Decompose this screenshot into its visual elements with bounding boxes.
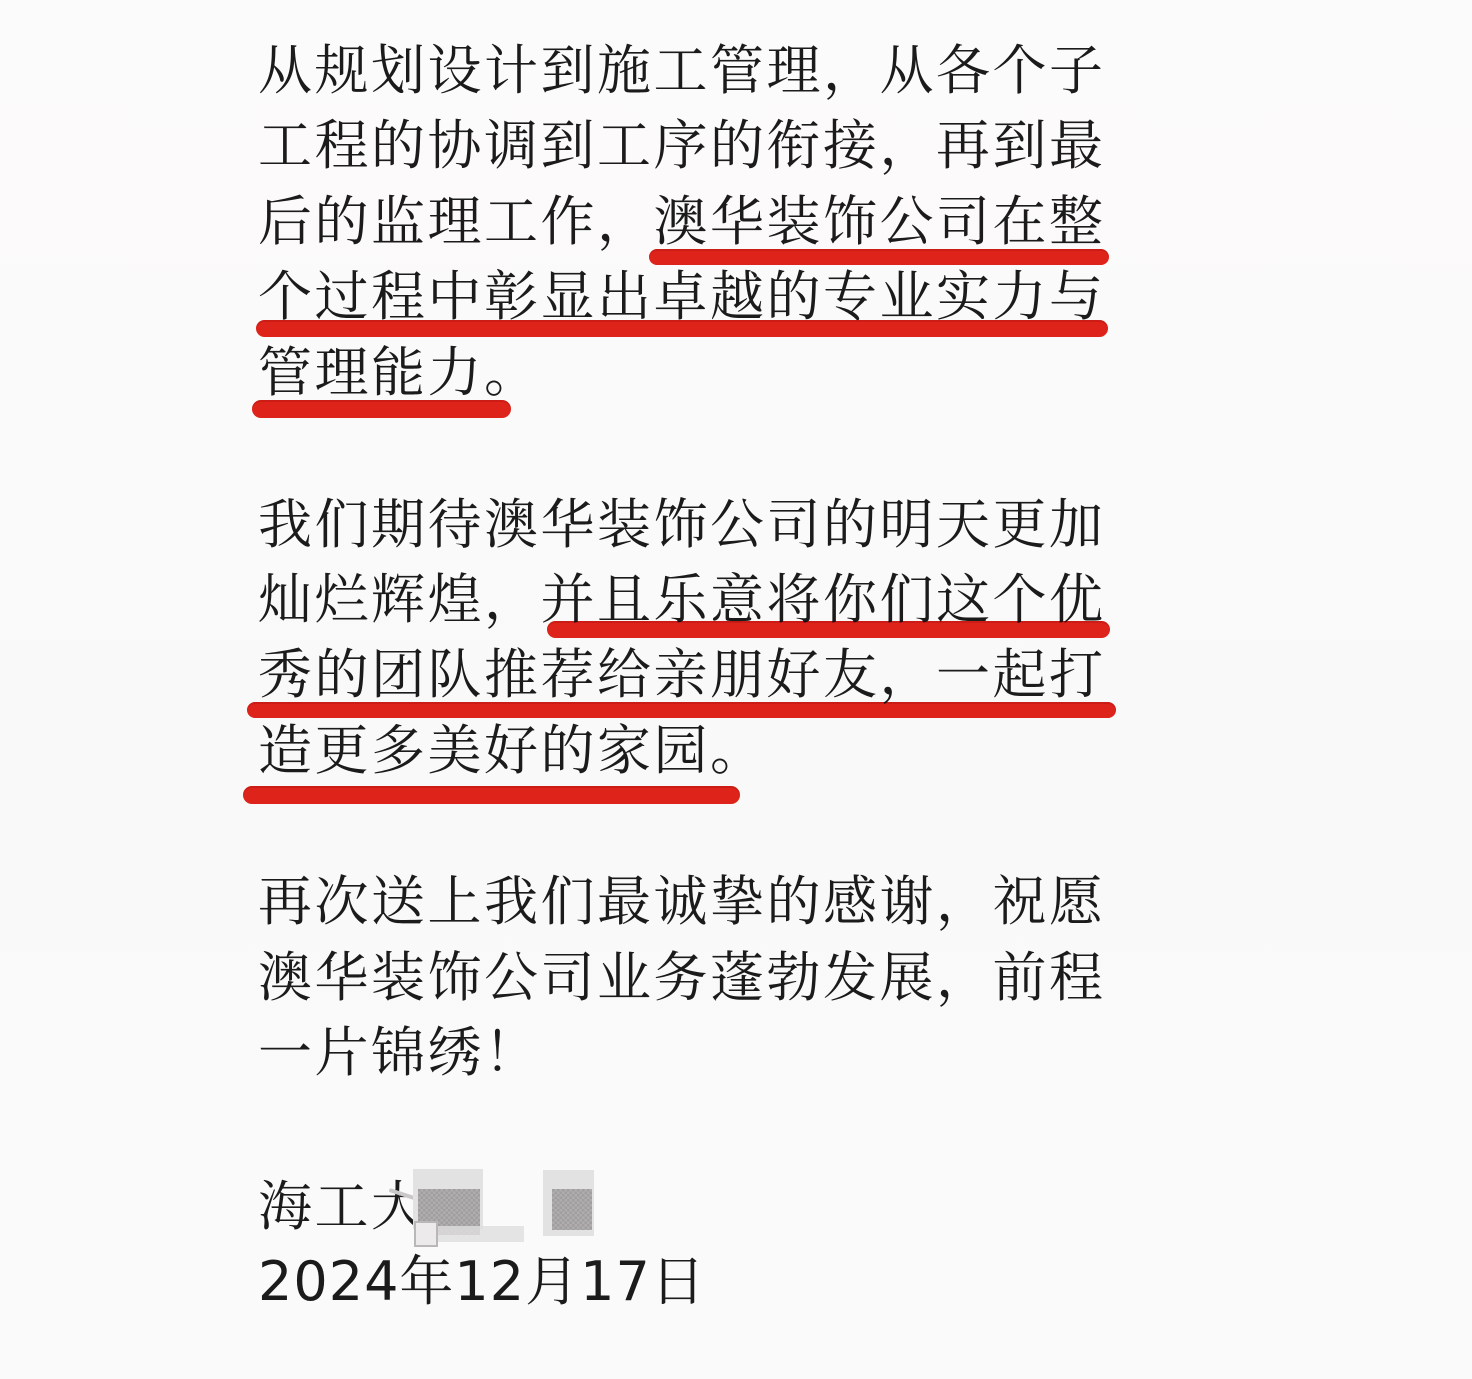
signature-text: 海工大 <box>258 1176 1158 1240</box>
letter-line: 我们期待澳华装饰公司的明天更加 <box>258 494 1158 558</box>
letter-line: 再次送上我们最诚挚的感谢，祝愿 <box>258 871 1158 935</box>
letter-line: 造更多美好的家园。 <box>258 720 1158 784</box>
letter-page: 从规划设计到施工管理，从各个子 工程的协调到工序的衔接，再到最 后的监理工作，澳… <box>0 0 1472 1379</box>
letter-line: 管理能力。 <box>258 342 1158 406</box>
red-underline <box>547 621 1110 638</box>
red-underline <box>247 702 1116 718</box>
letter-line: 后的监理工作，澳华装饰公司在整 <box>258 191 1158 255</box>
redacted-name-outline <box>414 1221 438 1247</box>
red-underline <box>243 786 740 804</box>
letter-line: 工程的协调到工序的衔接，再到最 <box>258 115 1158 179</box>
letter-line: 秀的团队推荐给亲朋好友，一起打 <box>258 644 1158 708</box>
letter-line: 从规划设计到施工管理，从各个子 <box>258 40 1158 104</box>
red-underline <box>256 320 1108 337</box>
letter-date: 2024年12月17日 <box>258 1251 1158 1315</box>
redacted-name-block <box>413 1169 483 1229</box>
red-underline <box>649 249 1109 265</box>
redacted-name-block <box>543 1170 594 1236</box>
red-underline <box>252 400 511 418</box>
letter-line: 一片锦绣！ <box>258 1022 1158 1086</box>
letter-line: 澳华装饰公司业务蓬勃发展，前程 <box>258 947 1158 1011</box>
